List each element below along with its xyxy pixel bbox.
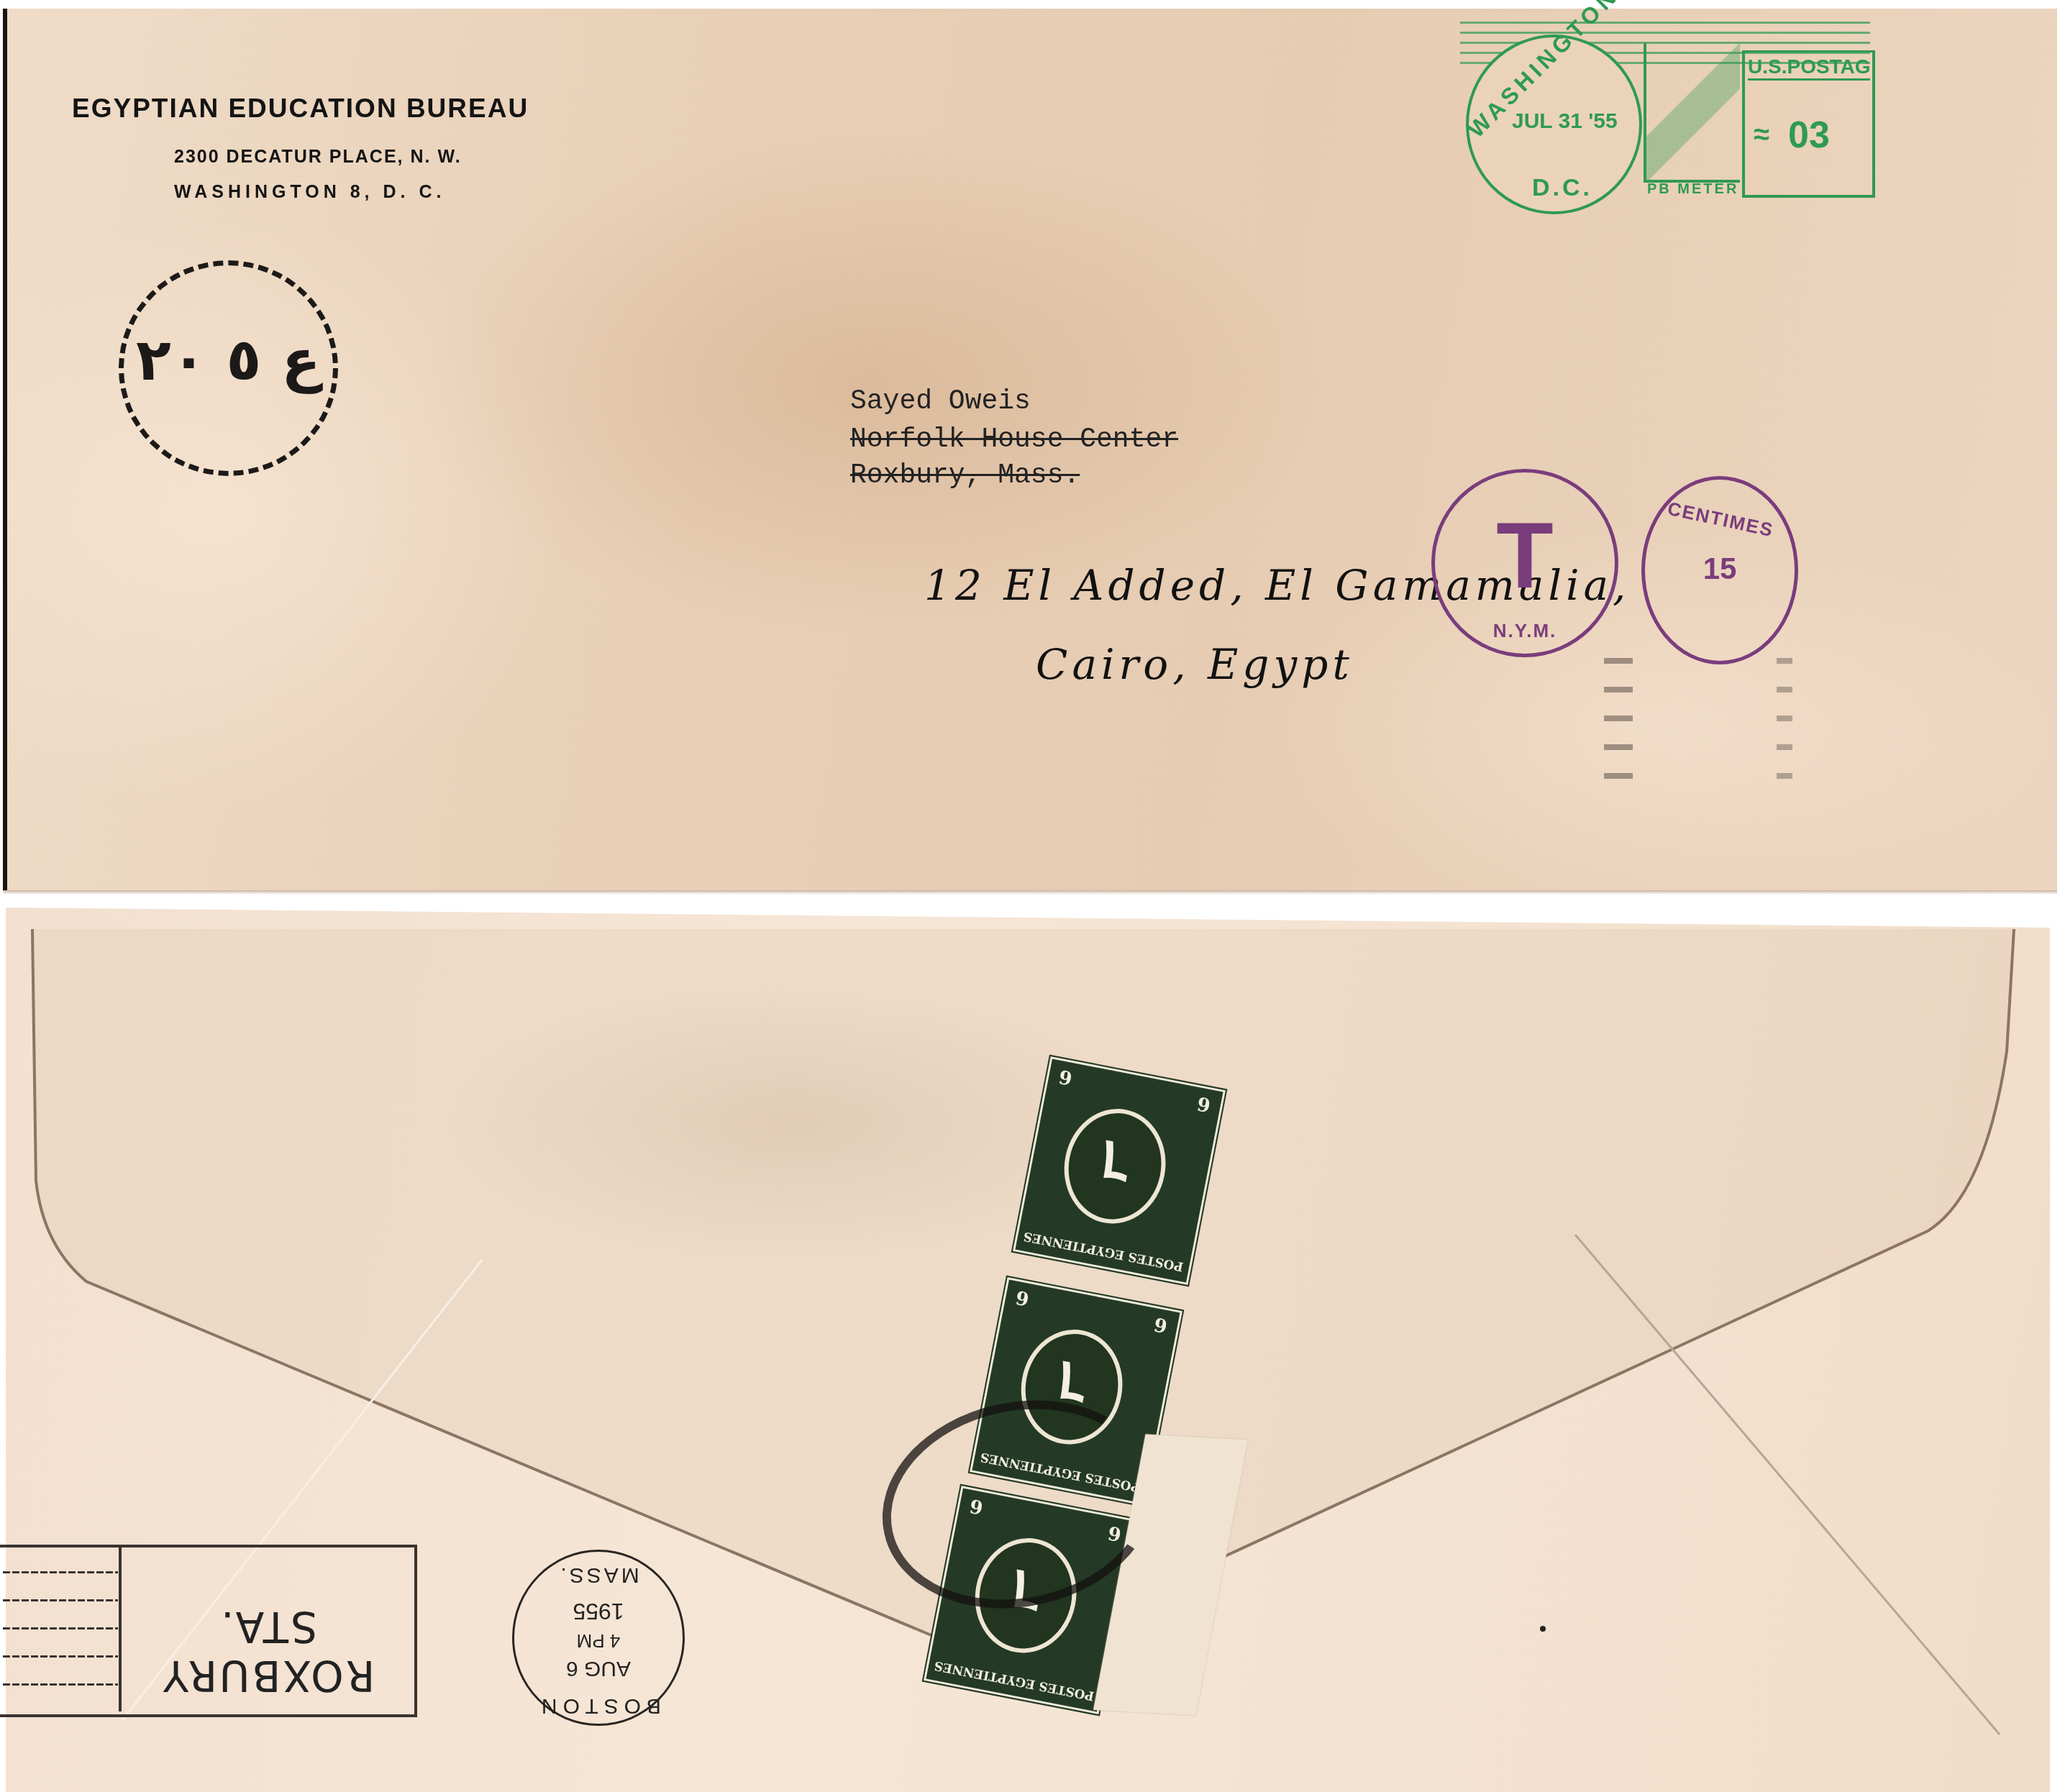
centimes-handstamp: CENTIMES 15 [1641, 476, 1798, 664]
recipient-original-address-struck: Norfolk House Center [850, 424, 1178, 455]
meter-eagle-emblem [1644, 43, 1740, 183]
stamp-corner-value: 6 [1152, 1312, 1169, 1336]
meter-dater-circle: WASHINGTON JUL 31 '55 D.C. [1466, 35, 1642, 214]
letterhead-name: EGYPTIAN EDUCATION BUREAU [72, 93, 529, 124]
centimes-label: CENTIMES [1665, 498, 1776, 542]
cancel-bar [3, 1599, 118, 1601]
postmark-date: AUG 6 [514, 1656, 683, 1681]
meter-value: 03 [1788, 114, 1830, 157]
stamp-corner-value: 6 [1195, 1092, 1212, 1115]
meter-stamp: WASHINGTON JUL 31 '55 D.C. PB METER U.S.… [1460, 14, 1906, 223]
boston-postmark: BOSTON AUG 6 4 PM 1955 MASS. [512, 1550, 685, 1726]
cancel-bar [3, 1683, 118, 1686]
letterhead-address-line2: WASHINGTON 8, D. C. [174, 182, 445, 203]
meter-state: D.C. [1532, 174, 1592, 202]
stamp-numeral: ٦ [1065, 1121, 1167, 1203]
postage-due-office: N.Y.M. [1435, 620, 1615, 642]
recipient-original-city-struck: Roxbury, Mass. [850, 460, 1080, 491]
postmark-year: 1955 [514, 1598, 683, 1624]
envelope-front-bottom-edge [3, 890, 2057, 895]
postmark-city: BOSTON [514, 1693, 683, 1718]
meter-pb-label: PB METER [1647, 181, 1738, 198]
postage-due-stamp-1: POSTES EGYPTIENNES ٦ 6 6 [1003, 1046, 1236, 1295]
cancel-bar [3, 1655, 118, 1658]
postage-due-letter: T [1435, 501, 1615, 609]
meter-value-box: U.S.POSTAGE 03 ≈ [1742, 50, 1875, 198]
postmark-time: 4 PM [514, 1629, 683, 1652]
meter-postage-label: U.S.POSTAGE [1748, 55, 1870, 81]
stamp-corner-value: 6 [1014, 1286, 1031, 1309]
stamp-corner-value: 6 [1057, 1065, 1074, 1089]
roxbury-station-text: ROXBURY STA. [126, 1602, 410, 1700]
postmark-state: MASS. [514, 1563, 683, 1587]
cancel-bar [3, 1627, 118, 1629]
forwarding-address-line2: Cairo, Egypt [1036, 640, 1354, 689]
arabic-circular-cachet: ع ٥ ٢٠ [119, 260, 338, 476]
faint-bar-cancel-left [1604, 658, 1633, 802]
faint-bar-cancel-right [1777, 658, 1792, 802]
letterhead-address-line1: 2300 DECATUR PLACE, N. W. [174, 147, 462, 168]
meter-date: JUL 31 '55 [1512, 109, 1618, 134]
recipient-name: Sayed Oweis [850, 386, 1031, 417]
centimes-value: 15 [1645, 552, 1795, 586]
meter-value-prefix: ≈ [1754, 119, 1769, 151]
cancel-bar [3, 1571, 118, 1573]
postage-due-t-handstamp: T N.Y.M. [1431, 469, 1618, 657]
arabic-cachet-text: ع ٥ ٢٠ [124, 326, 333, 393]
